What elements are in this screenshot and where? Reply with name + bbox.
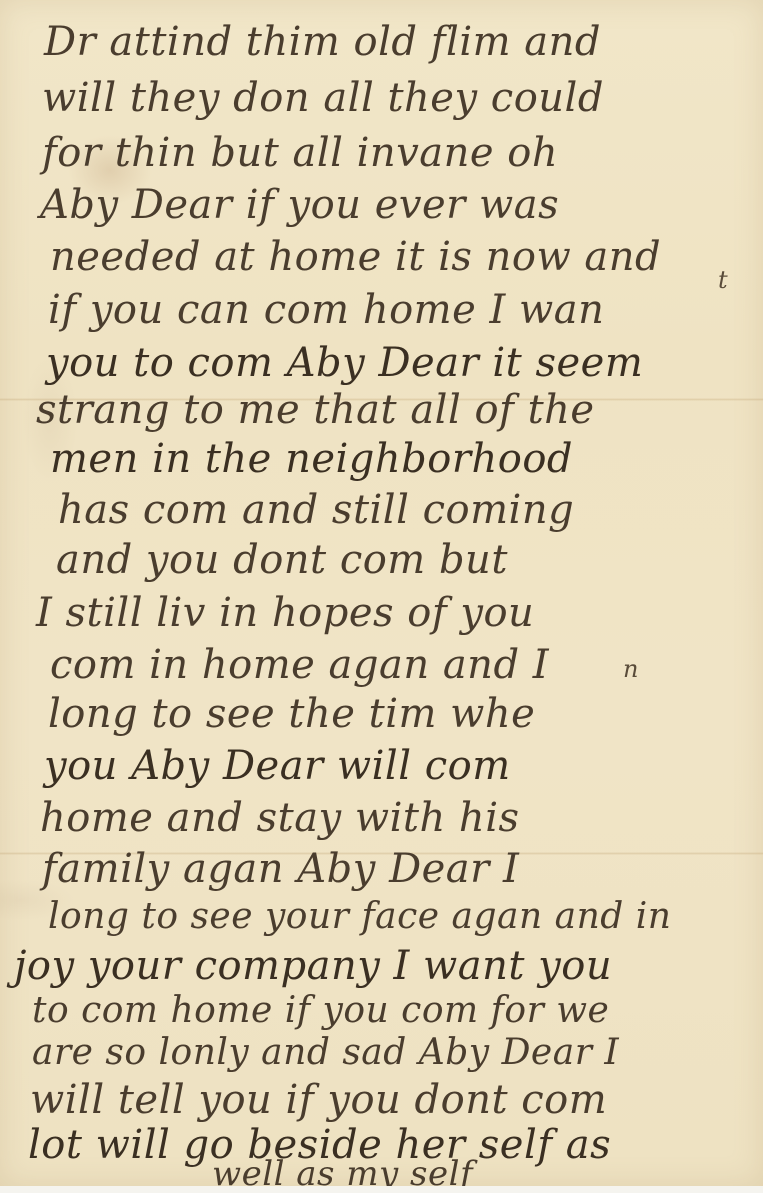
- letter-line-13: com in home agan and I: [50, 645, 549, 685]
- letter-line-10: has com and still coming: [58, 490, 574, 530]
- letter-line-9: men in the neighborhood: [50, 439, 573, 479]
- letter-line-12: I still liv in hopes of you: [36, 593, 534, 633]
- letter-line-14: long to see the tim whe: [48, 694, 535, 734]
- inserted-letter-t: t: [718, 266, 728, 294]
- letter-line-8: strang to me that all of the: [36, 390, 595, 430]
- letter-line-15: you Aby Dear will com: [44, 746, 511, 786]
- scan-border: [0, 1186, 763, 1193]
- letter-line-3: for thin but all invane oh: [42, 133, 558, 173]
- letter-line-6: if you can com home I wan: [48, 290, 604, 330]
- letter-line-2: will they don all they could: [42, 78, 604, 118]
- letter-line-1: Dr attind thim old flim and: [44, 22, 601, 62]
- letter-line-16: home and stay with his: [40, 798, 520, 838]
- letter-line-5: needed at home it is now and: [50, 237, 661, 277]
- letter-line-19: joy your company I want you: [14, 946, 612, 986]
- letter-page: Dr attind thim old flim and will they do…: [0, 0, 763, 1186]
- letter-line-18: long to see your face agan and in: [48, 899, 671, 935]
- letter-line-17: family agan Aby Dear I: [42, 849, 519, 889]
- letter-line-21: are so lonly and sad Aby Dear I: [32, 1035, 619, 1071]
- letter-line-22: will tell you if you dont com: [30, 1080, 607, 1120]
- inserted-letter-n: n: [623, 655, 638, 683]
- letter-line-20: to com home if you com for we: [32, 993, 609, 1029]
- letter-line-11: and you dont com but: [56, 540, 508, 580]
- letter-line-4: Aby Dear if you ever was: [40, 185, 559, 225]
- letter-line-7: you to com Aby Dear it seem: [46, 343, 643, 383]
- letter-line-24: well as my self: [212, 1157, 473, 1186]
